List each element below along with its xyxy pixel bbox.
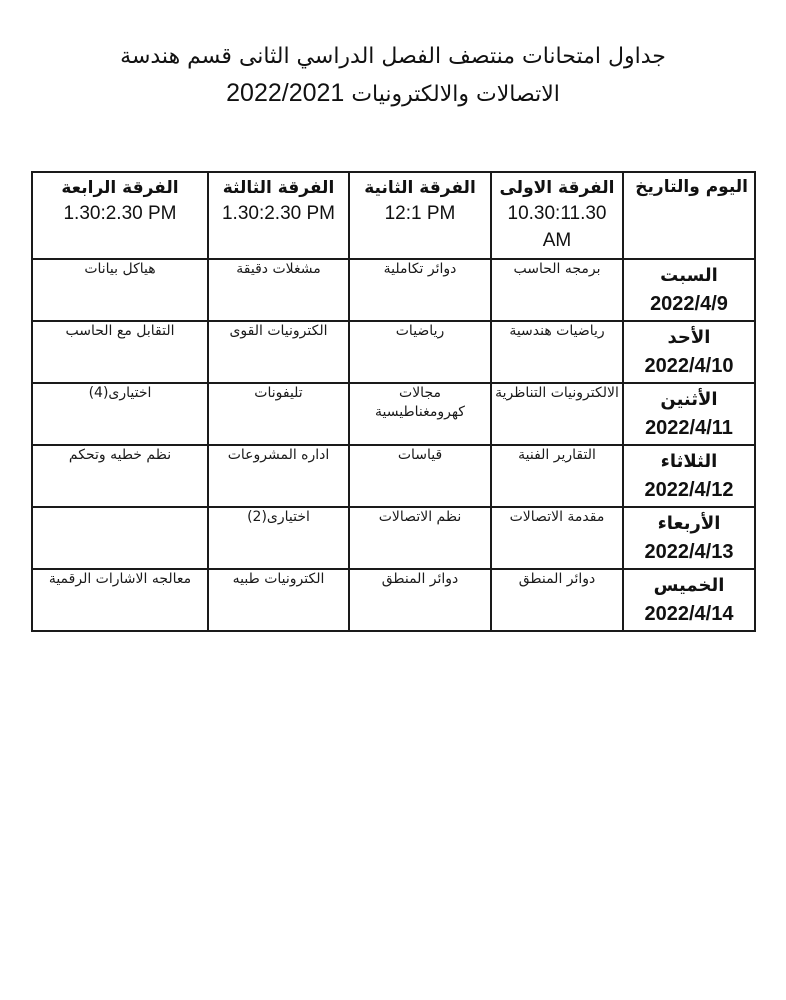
subject-text: تليفونات <box>211 384 346 403</box>
subject-cell: رياضيات <box>349 321 491 383</box>
subject-text: التقابل مع الحاسب <box>35 322 205 341</box>
subject-cell: معالجه الاشارات الرقمية <box>32 569 208 631</box>
subject-cell: دوائر المنطق <box>491 569 623 631</box>
subject-text: معالجه الاشارات الرقمية <box>35 570 205 589</box>
title-department: الاتصالات والالكترونيات <box>351 82 560 107</box>
subject-cell: الالكترونيات التناظرية <box>491 383 623 445</box>
day-date-cell: الأربعاء 2022/4/13 <box>623 507 755 569</box>
day-name: السبت <box>626 260 752 290</box>
day-date-cell: الأحد 2022/4/10 <box>623 321 755 383</box>
day-date-cell: الثلاثاء 2022/4/12 <box>623 445 755 507</box>
subject-text: مقدمة الاتصالات <box>494 508 620 527</box>
header-group-4: الفرقة الرابعة 1.30:2.30 PM <box>32 172 208 259</box>
subject-cell: دوائر تكاملية <box>349 259 491 321</box>
day-date-cell: الخميس 2022/4/14 <box>623 569 755 631</box>
table-row: الأربعاء 2022/4/13 مقدمة الاتصالات نظم ا… <box>32 507 755 569</box>
day-date-cell: الأثنين 2022/4/11 <box>623 383 755 445</box>
exam-date: 2022/4/11 <box>626 414 752 442</box>
exam-date: 2022/4/13 <box>626 538 752 566</box>
subject-text: اختيارى(4) <box>35 384 205 403</box>
day-name: الأحد <box>626 322 752 352</box>
day-name: الأثنين <box>626 384 752 414</box>
header-day-date: اليوم والتاريخ <box>623 172 755 259</box>
subject-text: دوائر المنطق <box>352 570 488 589</box>
exam-schedule-table: اليوم والتاريخ الفرقة الاولى 10.30:11.30… <box>31 171 756 632</box>
table-row: الأحد 2022/4/10 رياضيات هندسية رياضيات ا… <box>32 321 755 383</box>
day-name: الخميس <box>626 570 752 600</box>
group-time: 10.30:11.30 AM <box>494 200 620 254</box>
subject-text: الكترونيات القوى <box>211 322 346 341</box>
subject-cell: الكترونيات القوى <box>208 321 349 383</box>
subject-text: دوائر تكاملية <box>352 260 488 279</box>
subject-text: برمجه الحاسب <box>494 260 620 279</box>
group-time: 1.30:2.30 PM <box>211 200 346 227</box>
subject-cell: اختيارى(4) <box>32 383 208 445</box>
exam-date: 2022/4/10 <box>626 352 752 380</box>
group-time: 1.30:2.30 PM <box>35 200 205 227</box>
header-day-date-label: اليوم والتاريخ <box>626 173 752 197</box>
exam-date: 2022/4/9 <box>626 290 752 318</box>
subject-cell: مجالات كهرومغناطيسية <box>349 383 491 445</box>
subject-text: مجالات كهرومغناطيسية <box>352 384 488 422</box>
title-academic-year: 2022/2021 <box>226 79 344 107</box>
subject-text: الكترونيات طبيه <box>211 570 346 589</box>
day-date-cell: السبت 2022/4/9 <box>623 259 755 321</box>
table-row: السبت 2022/4/9 برمجه الحاسب دوائر تكاملي… <box>32 259 755 321</box>
group-name: الفرقة الثانية <box>352 173 488 200</box>
subject-text: رياضيات هندسية <box>494 322 620 341</box>
subject-text: مشغلات دقيقة <box>211 260 346 279</box>
subject-cell: رياضيات هندسية <box>491 321 623 383</box>
group-time: 12:1 PM <box>352 200 488 227</box>
header-group-2: الفرقة الثانية 12:1 PM <box>349 172 491 259</box>
subject-cell-empty <box>32 507 208 569</box>
header-group-3: الفرقة الثالثة 1.30:2.30 PM <box>208 172 349 259</box>
subject-cell: برمجه الحاسب <box>491 259 623 321</box>
subject-cell: تليفونات <box>208 383 349 445</box>
subject-cell: مقدمة الاتصالات <box>491 507 623 569</box>
subject-cell: نظم الاتصالات <box>349 507 491 569</box>
subject-text: هياكل بيانات <box>35 260 205 279</box>
group-name: الفرقة الرابعة <box>35 173 205 200</box>
subject-cell: التقارير الفنية <box>491 445 623 507</box>
subject-cell: اداره المشروعات <box>208 445 349 507</box>
document-title: جداول امتحانات منتصف الفصل الدراسي الثان… <box>0 38 786 113</box>
subject-cell: مشغلات دقيقة <box>208 259 349 321</box>
subject-text: الالكترونيات التناظرية <box>494 384 620 403</box>
group-name: الفرقة الثالثة <box>211 173 346 200</box>
title-line-2: الاتصالات والالكترونيات 2022/2021 <box>0 75 786 113</box>
table-header-row: اليوم والتاريخ الفرقة الاولى 10.30:11.30… <box>32 172 755 259</box>
subject-text: رياضيات <box>352 322 488 341</box>
subject-cell: التقابل مع الحاسب <box>32 321 208 383</box>
subject-cell: دوائر المنطق <box>349 569 491 631</box>
subject-text: اختيارى(2) <box>211 508 346 527</box>
subject-text: اداره المشروعات <box>211 446 346 465</box>
subject-cell: الكترونيات طبيه <box>208 569 349 631</box>
title-line-1: جداول امتحانات منتصف الفصل الدراسي الثان… <box>0 38 786 75</box>
subject-text: نظم الاتصالات <box>352 508 488 527</box>
group-name: الفرقة الاولى <box>494 173 620 200</box>
subject-text: قياسات <box>352 446 488 465</box>
subject-text: نظم خطيه وتحكم <box>35 446 205 465</box>
day-name: الأربعاء <box>626 508 752 538</box>
subject-text: التقارير الفنية <box>494 446 620 465</box>
subject-text: دوائر المنطق <box>494 570 620 589</box>
table-row: الثلاثاء 2022/4/12 التقارير الفنية قياسا… <box>32 445 755 507</box>
table-row: الخميس 2022/4/14 دوائر المنطق دوائر المن… <box>32 569 755 631</box>
subject-cell: نظم خطيه وتحكم <box>32 445 208 507</box>
subject-cell: هياكل بيانات <box>32 259 208 321</box>
exam-date: 2022/4/12 <box>626 476 752 504</box>
header-group-1: الفرقة الاولى 10.30:11.30 AM <box>491 172 623 259</box>
table-row: الأثنين 2022/4/11 الالكترونيات التناظرية… <box>32 383 755 445</box>
subject-cell: قياسات <box>349 445 491 507</box>
exam-date: 2022/4/14 <box>626 600 752 628</box>
subject-cell: اختيارى(2) <box>208 507 349 569</box>
day-name: الثلاثاء <box>626 446 752 476</box>
